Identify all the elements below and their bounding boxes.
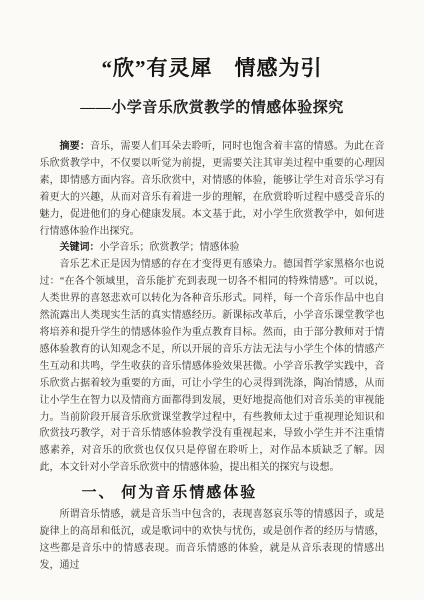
page-title: “欣”有灵犀 情感为引 (0, 54, 424, 82)
abstract-label: 摘要： (60, 141, 90, 152)
document-page: “欣”有灵犀 情感为引 ——小学音乐欣赏教学的情感体验探究 摘要：音乐，需要人们… (0, 0, 424, 600)
section-heading-1: 一、 何为音乐情感体验 (40, 483, 385, 503)
document-body: 摘要：音乐，需要人们耳朵去聆听，同时也饱含着丰富的情感。为此在音乐欣赏教学中，不… (40, 139, 385, 575)
abstract-text: 音乐，需要人们耳朵去聆听，同时也饱含着丰富的情感。为此在音乐欣赏教学中，不仅要以… (40, 141, 385, 237)
body-paragraph-2: 所谓音乐情感，就是音乐当中包含的，表现喜怒哀乐等的情感因子，或是旋律上的高昂和低… (40, 507, 385, 575)
body-paragraph-1: 音乐艺术正是因为情感的存在才变得更有感染力。德国哲学家黑格尔也说过：“在各个领域… (40, 257, 385, 477)
keywords-line: 关键词：小学音乐；欣赏教学；情感体验 (40, 240, 385, 257)
keywords-text: 小学音乐；欣赏教学；情感体验 (100, 242, 240, 253)
abstract-paragraph: 摘要：音乐，需要人们耳朵去聆听，同时也饱含着丰富的情感。为此在音乐欣赏教学中，不… (40, 139, 385, 240)
page-subtitle: ——小学音乐欣赏教学的情感体验探究 (0, 97, 424, 119)
keywords-label: 关键词： (60, 242, 100, 253)
